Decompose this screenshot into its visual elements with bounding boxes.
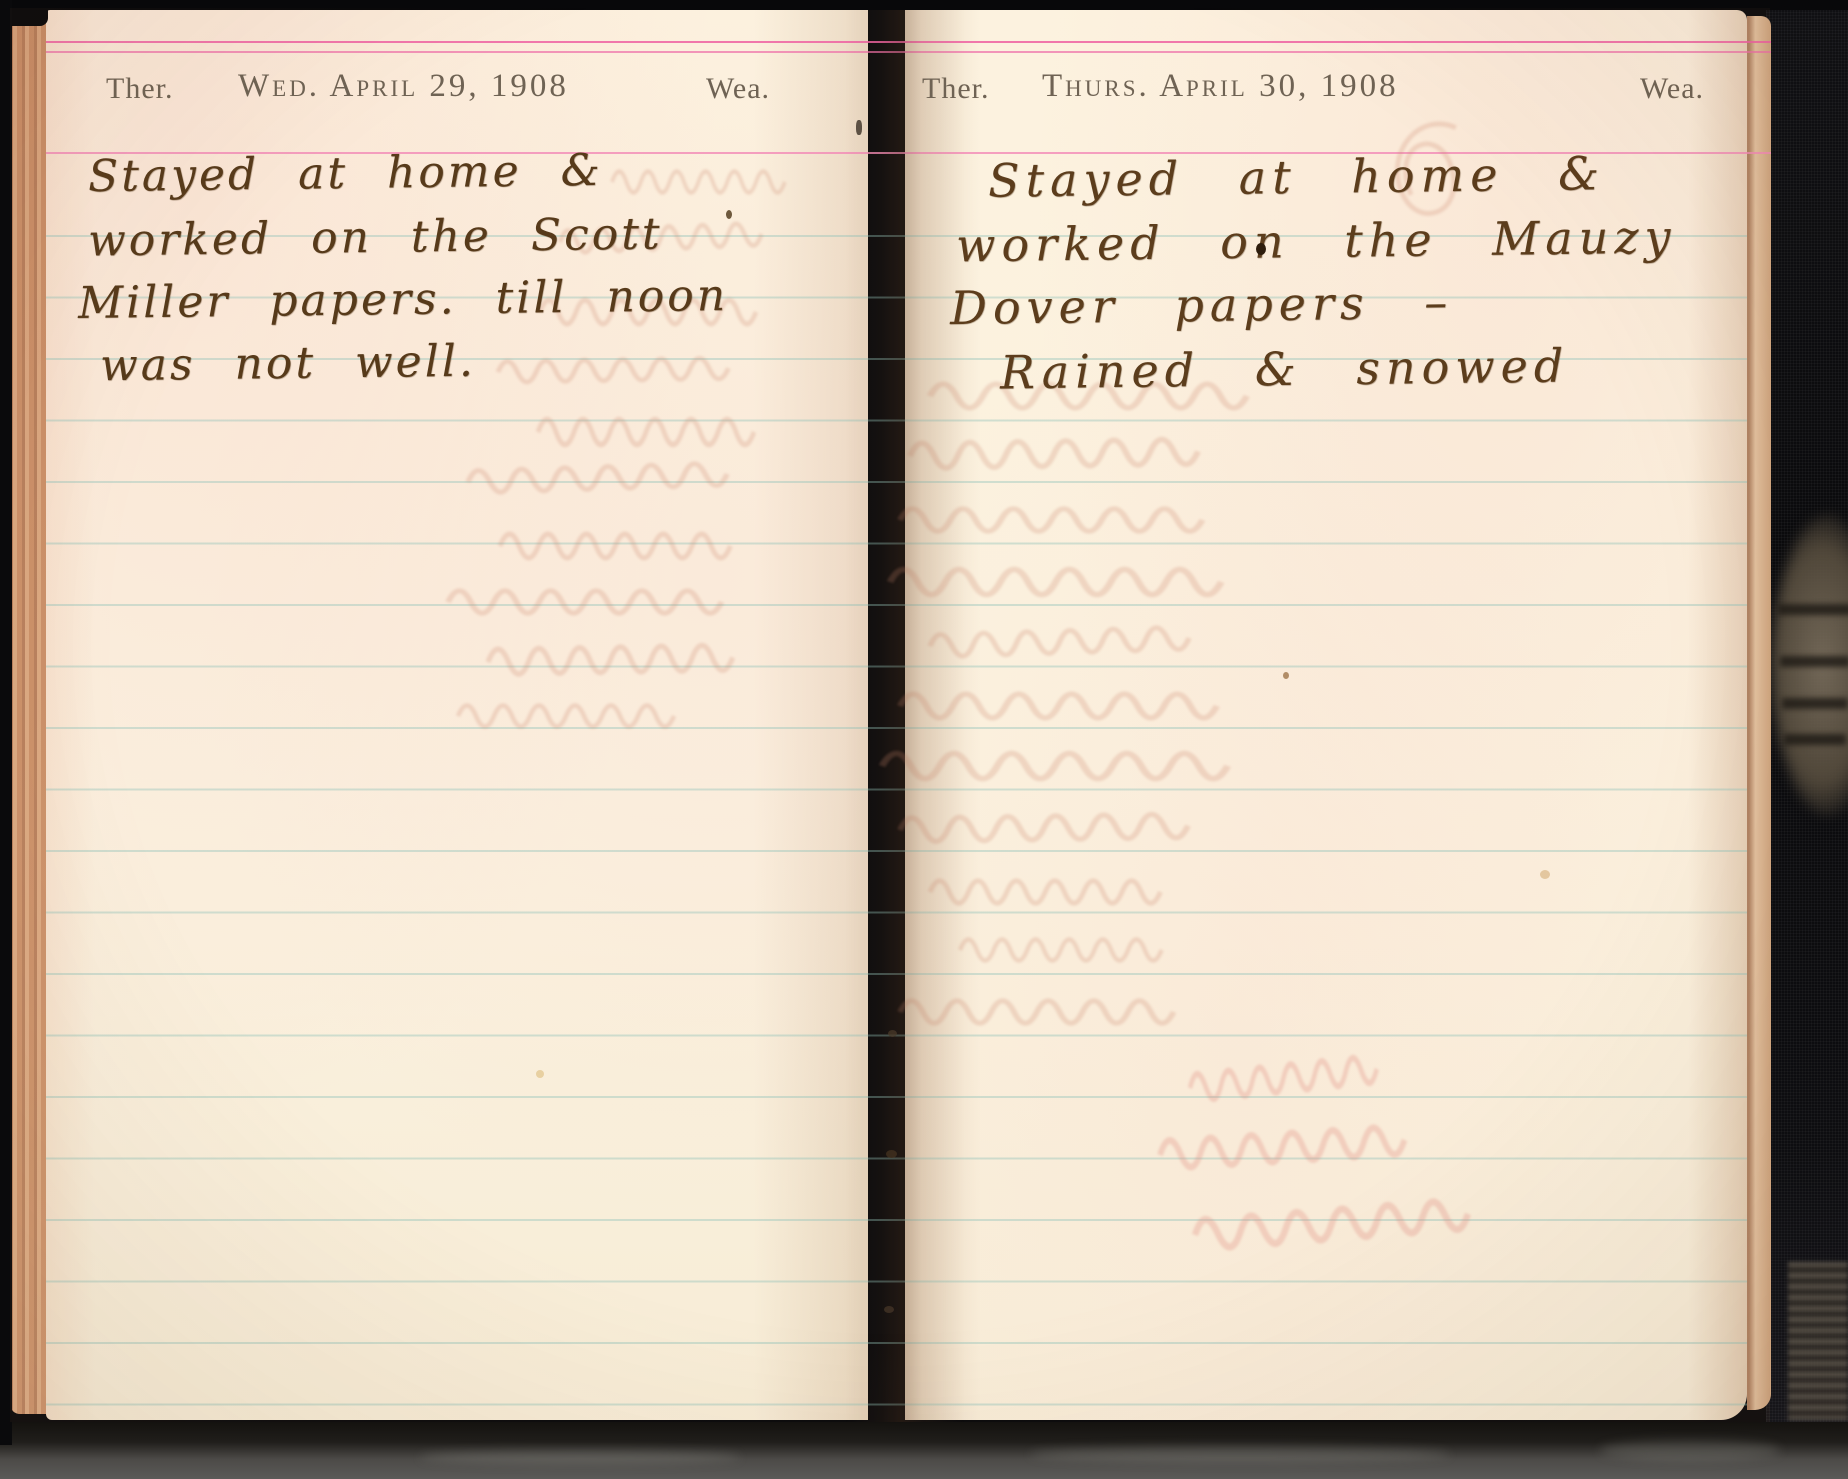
photo-left-border bbox=[0, 0, 12, 1445]
weather-column-label: Wea. bbox=[706, 72, 770, 106]
page-date-heading: Wed. April 29, 1908 bbox=[238, 68, 569, 105]
ink-speck bbox=[726, 210, 732, 219]
pink-top-rule bbox=[46, 51, 1771, 53]
blurred-object-shadow bbox=[1782, 698, 1848, 709]
diary-entry-line: Stayed at home & bbox=[988, 146, 1606, 208]
table-smudge bbox=[1600, 1440, 1780, 1460]
blue-ruled-lines bbox=[46, 235, 1747, 1417]
diary-entry-line: worked on the Scott bbox=[88, 208, 663, 266]
diary-entry-line: worked on the Mauzy bbox=[956, 210, 1677, 273]
blurred-object-shadow bbox=[1780, 656, 1848, 667]
left-page-edge-stack bbox=[10, 14, 48, 1414]
blurred-object-shadow bbox=[1784, 734, 1846, 745]
diary-entry-line: was not well. bbox=[100, 336, 476, 392]
pink-top-rule bbox=[46, 41, 1771, 43]
diary-entry-line: Stayed at home & bbox=[88, 145, 603, 202]
ink-speck bbox=[1256, 243, 1266, 255]
blurred-object-shadow bbox=[1778, 604, 1848, 615]
table-surface bbox=[0, 1422, 1848, 1479]
weather-column-label: Wea. bbox=[1640, 72, 1704, 106]
gutter-smudge bbox=[856, 120, 862, 135]
paper-stain bbox=[536, 1070, 544, 1078]
table-smudge bbox=[420, 1450, 740, 1464]
gutter-smudge bbox=[886, 1150, 897, 1158]
stacked-page-edges-background bbox=[1788, 1262, 1848, 1420]
diary-photo: Ther. Wed. April 29, 1908 Wea. Ther. Thu… bbox=[0, 0, 1848, 1479]
photo-top-border bbox=[0, 0, 1848, 10]
gutter-smudge bbox=[884, 1306, 894, 1313]
diary-entry-line: Dover papers – bbox=[950, 275, 1454, 335]
thermometer-column-label: Ther. bbox=[106, 72, 173, 106]
table-smudge bbox=[1030, 1446, 1450, 1462]
right-page-edge bbox=[1747, 16, 1771, 1410]
gutter-smudge bbox=[888, 1030, 897, 1037]
thermometer-column-label: Ther. bbox=[922, 72, 989, 106]
diary-entry-line: Rained & snowed bbox=[1000, 339, 1570, 400]
page-date-heading: Thurs. April 30, 1908 bbox=[1042, 68, 1399, 105]
paper-stain bbox=[1540, 870, 1550, 879]
diary-entry-line: Miller papers. till noon bbox=[78, 270, 729, 329]
ink-speck bbox=[1283, 672, 1289, 679]
